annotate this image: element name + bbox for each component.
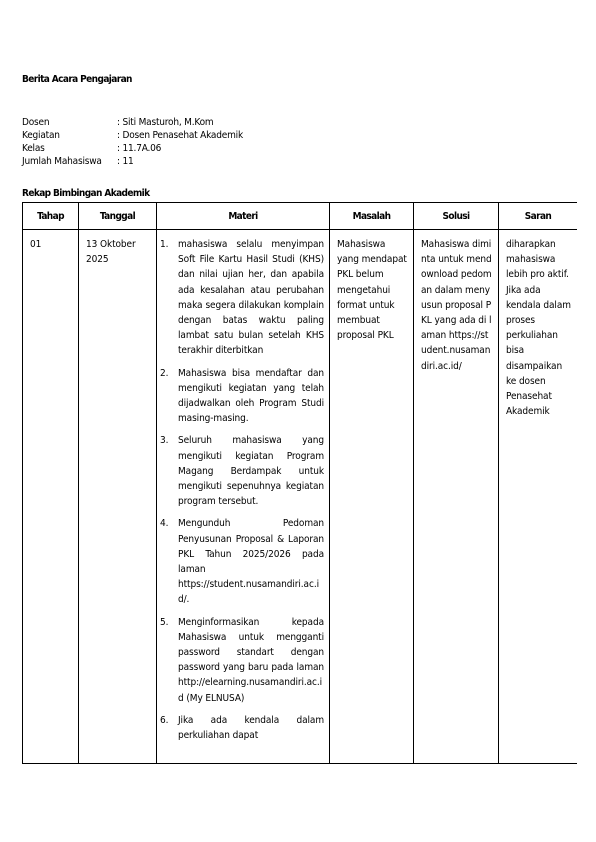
meta-label: Kegiatan [22, 129, 117, 142]
materi-text: Menginformasikan kepada Mahasiswa untuk … [178, 615, 324, 706]
materi-list: 1. mahasiswa selalu menyimpan Soft File … [160, 237, 324, 743]
rekap-table: Tahap Tanggal Materi Masalah Solusi Sara… [22, 202, 577, 764]
cell-tahap: 01 [23, 230, 79, 765]
header-materi: Materi [157, 203, 330, 230]
materi-text: Mahasiswa bisa mendaftar dan mengikuti k… [178, 366, 324, 427]
materi-number: 3. [160, 433, 178, 509]
materi-item: 3. Seluruh mahasiswa yang mengikuti kegi… [160, 433, 324, 509]
header-saran: Saran [499, 203, 578, 230]
meta-label: Kelas [22, 142, 117, 155]
materi-item: 1. mahasiswa selalu menyimpan Soft File … [160, 237, 324, 359]
materi-text: Mengunduh Pedoman Penyusunan Proposal & … [178, 516, 324, 607]
meta-row-kelas: Kelas : 11.7A.06 [22, 142, 243, 155]
header-masalah: Masalah [330, 203, 414, 230]
rekap-table-container: Tahap Tanggal Materi Masalah Solusi Sara… [22, 202, 577, 764]
cell-masalah: Mahasiswa yang mendapat PKL belum menget… [330, 230, 414, 765]
table-header-row: Tahap Tanggal Materi Masalah Solusi Sara… [23, 203, 578, 230]
materi-text: mahasiswa selalu menyimpan Soft File Kar… [178, 237, 324, 359]
materi-number: 1. [160, 237, 178, 359]
header-tahap: Tahap [23, 203, 79, 230]
materi-text: Seluruh mahasiswa yang mengikuti kegiata… [178, 433, 324, 509]
document-page: Berita Acara Pengajaran Dosen : Siti Mas… [0, 0, 596, 842]
cell-solusi: Mahasiswa diminta untuk mendownload pedo… [414, 230, 499, 765]
materi-item: 5. Menginformasikan kepada Mahasiswa unt… [160, 615, 324, 706]
section-title: Rekap Bimbingan Akademik [22, 188, 150, 199]
meta-row-jumlah-mahasiswa: Jumlah Mahasiswa : 11 [22, 155, 243, 168]
header-solusi: Solusi [414, 203, 499, 230]
cell-materi: 1. mahasiswa selalu menyimpan Soft File … [157, 230, 330, 765]
materi-text: Jika ada kendala dalam perkuliahan dapat [178, 713, 324, 743]
header-tanggal: Tanggal [79, 203, 157, 230]
meta-label: Jumlah Mahasiswa [22, 155, 117, 168]
materi-item: 2. Mahasiswa bisa mendaftar dan mengikut… [160, 366, 324, 427]
materi-number: 5. [160, 615, 178, 706]
meta-value: : 11 [117, 155, 134, 168]
cell-tanggal: 13 Oktober 2025 [79, 230, 157, 765]
materi-item: 6. Jika ada kendala dalam perkuliahan da… [160, 713, 324, 743]
document-meta: Dosen : Siti Masturoh, M.Kom Kegiatan : … [22, 116, 243, 168]
meta-row-dosen: Dosen : Siti Masturoh, M.Kom [22, 116, 243, 129]
meta-value: : Siti Masturoh, M.Kom [117, 116, 213, 129]
meta-label: Dosen [22, 116, 117, 129]
materi-item: 4. Mengunduh Pedoman Penyusunan Proposal… [160, 516, 324, 607]
table-row: 01 13 Oktober 2025 1. mahasiswa selalu m… [23, 230, 578, 765]
meta-value: : Dosen Penasehat Akademik [117, 129, 243, 142]
cell-saran: diharapkan mahasiswa lebih pro aktif. Ji… [499, 230, 578, 765]
materi-number: 6. [160, 713, 178, 743]
meta-value: : 11.7A.06 [117, 142, 161, 155]
materi-number: 4. [160, 516, 178, 607]
document-title: Berita Acara Pengajaran [22, 74, 132, 85]
materi-number: 2. [160, 366, 178, 427]
meta-row-kegiatan: Kegiatan : Dosen Penasehat Akademik [22, 129, 243, 142]
